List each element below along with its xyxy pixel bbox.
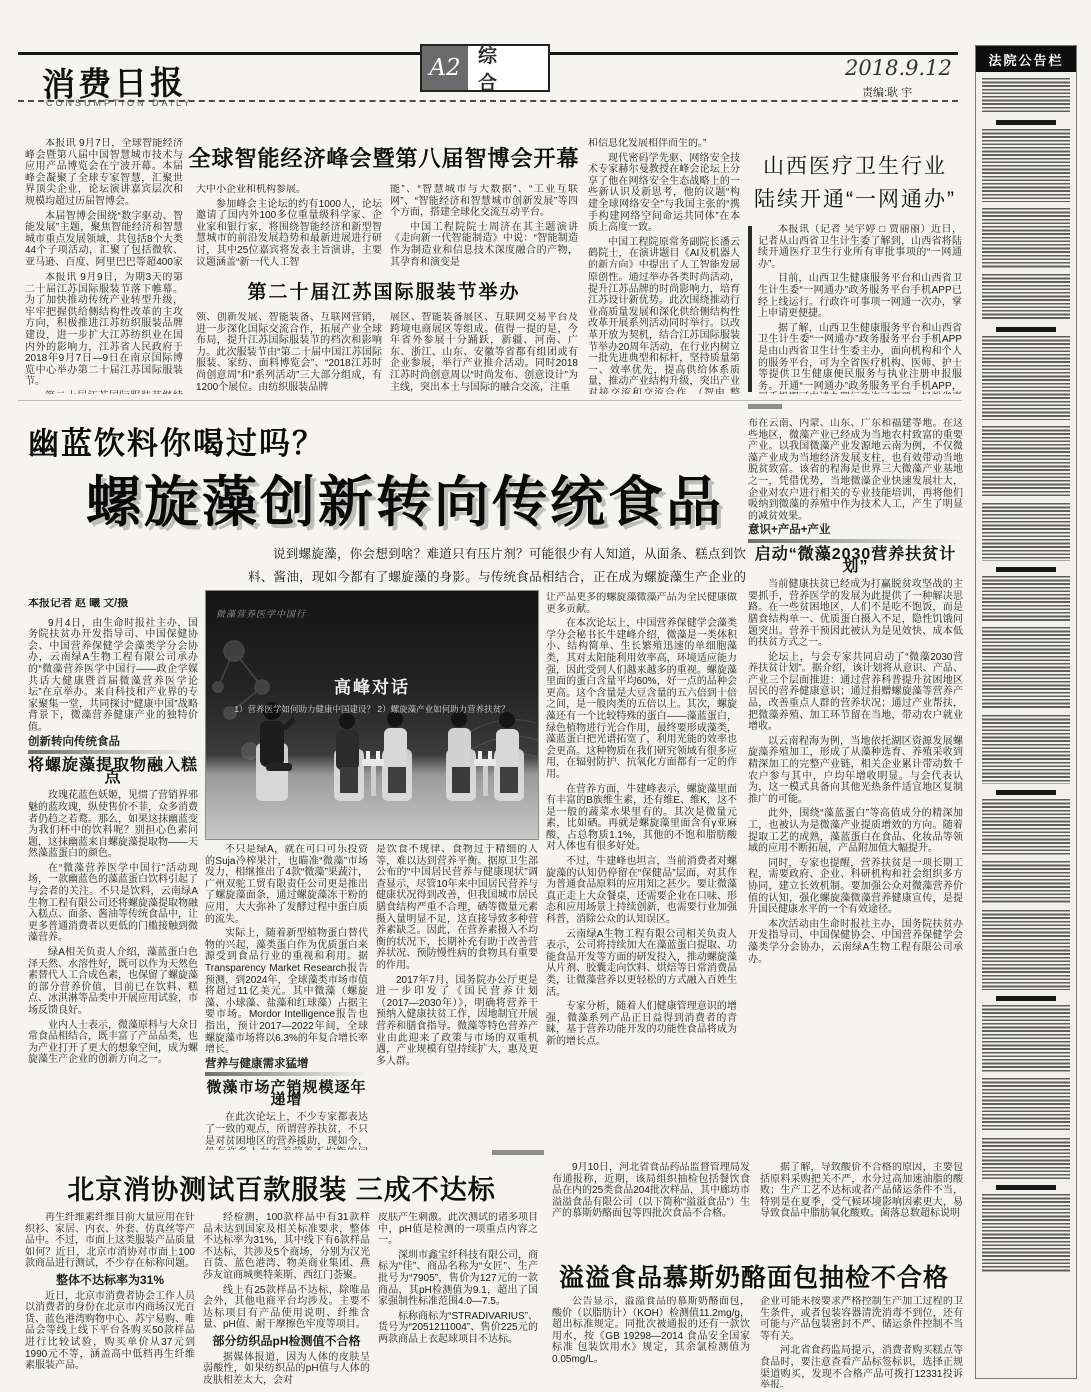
paragraph: 河北省食药监局提示，消费者购买糕点等食品时，要注意查看产品标签标识，选择正规渠道… [760,1345,963,1388]
feature-colB2: 在此次论坛上，不少专家都表达了一致的观点，所谓营养扶贫，不只是对贫困地区的营养援… [205,1112,368,1150]
notice-paragraph [982,576,1070,621]
section-divider-rule [18,400,962,401]
notice-paragraph [982,78,1070,114]
story2-col2: 领、创新发展、智能装备、互联网营销，进一步深化国际交流合作，拓展产业全球布局，提… [196,312,382,394]
paragraph: 据媒体报道，因为人体的皮肤呈弱酸性，如果纺织品的pH值与人体的皮肤相差太大，会对 [203,1352,370,1387]
paragraph: 现代密码学先驱、网络安全技术专家赫尔曼教授在峰会论坛上分享了他在网络安全生态战略… [588,153,740,234]
feature-colF1: 布在云南、内蒙、山东、广东和福建等地。在这些地区，微藻产业已经成为当地农村致富的… [748,418,963,522]
subheadB-bar [205,1072,368,1076]
story3-headline-line2: 陆续开通“一网通办” [748,183,962,216]
notice-heading [996,996,1056,1001]
feature-colA: 本报记者 赵 曦 文/摄 9月4日，由生命时报社主办，国务院扶贫办开发指导司、中… [28,598,198,1150]
photo-illustration [206,591,538,839]
notice-paragraph [982,129,1070,202]
paragraph: 原创性。通过举办各类时尚活动，提升江苏品牌的时尚影响力，培育江苏设计新优势。此次… [588,272,740,394]
paragraph: 本届智博会围绕“数字驱动、智能发展”主题，聚焦智能经济和智慧城市重点发展领域，共… [25,211,183,266]
story3-headline-line1: 山西医疗卫生行业 [748,150,962,183]
paragraph: 展区、智能装备展区、互联网交易平台及跨境电商展区等组成。值得一提的是，今年省外参… [390,312,578,393]
feature-byline: 本报记者 赵 曦 文/摄 [28,598,198,610]
notice-paragraph [982,1194,1070,1272]
feature-colF: 布在云南、内蒙、山东、广东和福建等地。在这些地区，微藻产业已经成为当地农村致富的… [748,418,963,1150]
notice-heading [996,120,1056,125]
paragraph: 本报讯（记者 吴宇婷 □ 贾丽丽）近日，记者从山西省卫生计生委了解到，山西省将陆… [758,224,962,270]
paragraph: 深圳市鑫宝纤科技有限公司，商标为“佳”、商品名称为“女匠”、生产批号为“7905… [378,1250,538,1308]
subheadF-big: 启动“微藻2030营养扶贫计划” [748,549,963,572]
bottomright-intro1: 9月10日，河北省食品药品监督管理局发布通报称，近期，该局组织抽检包括餐饮食品在… [552,1162,750,1254]
story1-col4: 和信息化发展相伴而生的。”现代密码学先驱、网络安全技术专家赫尔曼教授在峰会论坛上… [588,138,740,268]
paragraph: 在本次论坛上，中国营养保健学会藻类学分会秘书长牛建峰介绍，微藻是一类体积小、结构… [546,618,737,780]
story2-col1: 本报讯 9月9日，为期3天的第二十届江苏国际服装节落下帷幕。为了加快推动传统产业… [25,272,183,394]
paragraph: 再生纤维素纤维目前大量应用在针织衫、家居、内衣、外套、仿真丝等产品中。不过，市面… [25,1212,195,1270]
notice-paragraph [982,274,1070,321]
paragraph: 本次活动由生命时报社主办，国务院扶贫办开发指导司、中国保健协会、中国营养保健学会… [748,919,963,965]
paragraph: 公告显示，溢溢食品的慕斯奶酪面包，酸价（以脂肪计）（KOH）检测值11.2mg/… [552,1296,750,1366]
feature-colE: 让产品更多的螺旋藻微藻产品为全民健康做更多贡献。在本次论坛上，中国营养保健学会藻… [546,592,737,1150]
court-board-title: 法院公告栏 [976,46,1076,72]
paragraph: 中国工程院原常务副院长潘云鹤院士，在演讲题目《AI及机器人的新方向》中提出了人工… [588,237,740,268]
bottomright-body2: 企业可能未按要求严格控制生产加工过程的卫生条件，或者包装容器清洗消毒不到位，还有… [760,1296,963,1388]
bottomleft-col1a: 再生纤维素纤维目前大量应用在针织衫、家居、内衣、外套、仿真丝等产品中。不过，市面… [25,1212,195,1270]
paragraph: 同时，专家也提醒，营养扶贫是一项长期工程，需要政府、企业、科研机构和社会组织多方… [748,858,963,916]
paragraph: 绿A相关负责人介绍，藻蓝蛋白色泽天然、水溶性好，既可以作为天然色素替代人工合成色… [28,947,198,1017]
paragraph: 企业可能未按要求严格控制生产加工过程的卫生条件，或者包装容器清洗消毒不到位，还有… [760,1296,963,1342]
subheadB-small: 营养与健康需求猛增 [205,1059,368,1071]
paragraph: 标称商标为“STRADIVARIUS”、货号为“2051211004”、售价22… [378,1311,538,1346]
notice-paragraph [982,208,1070,268]
header-dashed-rule [18,100,958,102]
bottomleft-col2: 经检测，100款样品中有31款样品未达到国家及相关标准要求，整体不达标率为31%… [203,1212,370,1388]
paragraph: 业内人士表示，微藻原料与大众日常食品相结合，既丰富了产品品类，也为产业打开了更大… [28,1020,198,1066]
subheadA-bar [28,750,198,754]
paragraph: 在“微藻营养医学中国行”活动现场，一款幽蓝色的藻蓝蛋白饮料引起了与会者的关注。不… [28,863,198,944]
section-name: 综 合 [468,46,548,90]
story1-col1: 本报讯 9月7日，全球智能经济峰会暨第八届中国智慧城市技术与应用产品博览会在宁波… [25,138,183,266]
story2-col3: 展区、智能装备展区、互联网交易平台及跨境电商展区等组成。值得一提的是，今年省外参… [390,312,578,394]
paragraph: 云南绿A生物工程有限公司相关负责人表示，公司将持续加大在藻蓝蛋白提取、功能食品开… [546,929,737,999]
paragraph: 据了解，山西卫生健康服务平台和山西省卫生计生委“一网通办”政务服务平台手机APP… [758,323,962,394]
story3-accent-bar [748,226,752,392]
paragraph: 2017年7月，国务院办公厅更是进一步印发了《国民营养计划（2017—2030年… [376,975,538,1068]
bottomleft-col3: 皮肤产生刺激。此次测试的诸多项目中，pH值是检测的一项重点内容之一。深圳市鑫宝纤… [378,1212,538,1388]
story3-headline: 山西医疗卫生行业 陆续开通“一网通办” [748,150,962,216]
notice-paragraph [982,503,1070,561]
notice-paragraph [982,627,1070,709]
paragraph: 论坛上，与会专家共同启动了“微藻2030营养扶贫计划”。据介绍，该计划将从意识、… [748,652,963,733]
bottomleft-col2b: 据媒体报道，因为人体的皮肤呈弱酸性，如果纺织品的pH值与人体的皮肤相差太大，会对 [203,1352,370,1387]
paragraph: 领、创新发展、智能装备、互联网营销，进一步深化国际交流合作，拓展产业全球布局，提… [196,312,382,393]
bottom-divider-bar [492,1150,544,1155]
court-board: 法院公告栏 [975,45,1077,1379]
paragraph: 在营养方面，牛建峰表示，螺旋藻里面有丰富的B族维生素，还有维E、维K，这不是一般… [546,784,737,854]
notice-paragraph [982,861,1070,904]
paragraph: 近日，北京市消费者协会工作人员以消费者的身份在北京市内商场汉光百货、蓝色港湾购物… [25,1291,195,1372]
notice-heading [996,1185,1056,1190]
paragraph: 能”、“智慧城市与大数据”、“工业互联网”、“智能经济和智慧城市创新发展”等四个… [390,184,578,219]
notice-paragraph [982,1078,1070,1132]
paragraph: 线上有25款样品不达标，除唯品会外，其他电商平台均涉及。主要不达标项目有产品使用… [203,1285,370,1331]
paragraph: 不只是绿A，就在可口可乐投资的Suja冷榨果汁，也瞄准“微藻”市场发力，相继推出… [205,844,368,925]
paragraph: 玫瑰花蓝色妖姬，见惯了营销界邪魅的蓝玫瑰，纵使售价不菲，众多消费者仍趋之若鹜。那… [28,790,198,860]
bottomleft-col1b: 近日，北京市消费者协会工作人员以消费者的身份在北京市内商场汉光百货、蓝色港湾购物… [25,1291,195,1372]
notice-paragraph [982,715,1070,784]
paragraph: 实际上，随着新型植物蛋白替代物的兴起，藻类蛋白作为优质蛋白来源受到食品行业的重视… [205,928,368,1056]
paragraph: 让产品更多的螺旋藻微藻产品为全民健康做更多贡献。 [546,592,737,615]
paragraph: 专家分析，随着人们健康管理意识的增强，微藻系列产品正日益得到消费者的青睐，基于营… [546,1001,737,1047]
paragraph: 9月10日，河北省食品药品监督管理局发布通报称，近期，该局组织抽检包括餐饮食品在… [552,1162,750,1220]
photo-slide-questions: 1）营养医学如何助力健康中国建设？ 2）螺旋藻产业如何助力营养扶贫？ [206,703,538,715]
subheadF-small: 意识+产品+产业 [748,525,963,537]
notice-heading [996,327,1056,332]
paragraph: 据了解，导致酸价不合格的原因，主要包括原料采购把关不严，水分过高加速油脂的酸败；… [760,1162,963,1220]
bottomright-intro2: 据了解，导致酸价不合格的原因，主要包括原料采购把关不严，水分过高加速油脂的酸败；… [760,1162,963,1254]
story1-col3: 能”、“智慧城市与大数据”、“工业互联网”、“智能经济和智慧城市创新发展”等四个… [390,184,578,268]
bottomright-headline: 溢溢食品慕斯奶酪面包抽检不合格 [545,1258,963,1294]
notice-paragraph [982,910,1070,990]
bottomleft-subhead2: 部分纺织品pH检测值不合格 [203,1336,370,1348]
notice-paragraph [982,336,1070,420]
photo-event-logo: 微藻营养医学中国行 [216,607,306,620]
paragraph: 9月4日，由生命时报社主办，国务院扶贫办开发指导司、中国保健协会、中国营养保健学… [28,618,198,734]
paragraph: 此外，围绕“藻蓝蛋白”等高值成分的精深加工，也被认为是微藻产业提质增效的方向。随… [748,808,963,854]
bottomright-body1: 公告显示，溢溢食品的慕斯奶酪面包，酸价（以脂肪计）（KOH）检测值11.2mg/… [552,1296,750,1388]
paragraph: 以云南程海为例，当地依托湖区资源发展螺旋藻养殖加工，形成了从藻种选育、养殖采收到… [748,736,963,806]
feature-subheadF: 意识+产品+产业 启动“微藻2030营养扶贫计划” [748,525,963,572]
court-board-body [976,72,1076,1284]
bottomleft-col1: 再生纤维素纤维目前大量应用在针织衫、家居、内衣、外套、仿真丝等产品中。不过，市面… [25,1212,195,1388]
bottomleft-subhead1: 整体不达标率为31% [25,1275,195,1287]
subheadF-bar [748,539,963,543]
subheadA-big: 将螺旋藻提取物融入糕点 [28,760,198,783]
paragraph: 中国工程院院士周济在其主题演讲《走向新一代智能制造》中说：“智能制造作为制造业和… [390,222,578,268]
feature-colB: 不只是绿A，就在可口可乐投资的Suja冷榨果汁，也瞄准“微藻”市场发力，相继推出… [205,844,368,1150]
paragraph: 皮肤产生刺激。此次测试的诸多项目中，pH值是检测的一项重点内容之一。 [378,1212,538,1247]
feature-colB1: 不只是绿A，就在可口可乐投资的Suja冷榨果汁，也瞄准“微藻”市场发力，相继推出… [205,844,368,1056]
paragraph: 参加峰会主论坛的约有1000人，论坛邀请了国内外100多位重量级科学家、企业家和… [196,199,382,268]
photo-slide-title: 高峰对话 [206,673,538,698]
paragraph: 目前，山西卫生健康服务平台和山西省卫生计生委“一网通办”政务服务平台手机APP已… [758,273,962,319]
notice-paragraph [982,1138,1070,1179]
bottomleft-col2a: 经检测，100款样品中有31款样品未达到国家及相关标准要求，整体不达标率为31%… [203,1212,370,1331]
panel-discussion-photo: 微藻营养医学中国行 高峰对话 1）营养医学如何助力健康中国建设？ 2）螺旋藻产业… [205,590,539,840]
paragraph: 和信息化发展相伴而生的。” [588,138,740,150]
feature-colA2: 玫瑰花蓝色妖姬，见惯了营销界邪魅的蓝玫瑰，纵使售价不菲，众多消费者仍趋之若鹜。那… [28,790,198,1066]
issue-date: 2018.9.12 [845,56,952,80]
notice-heading [996,567,1056,572]
feature-colC: 是饮食不规律、食物过于精细的人等，难以达到营养平衡。据原卫生部公布的“中国居民营… [376,844,538,1150]
bottomleft-headline: 北京消协测试百款服装 三成不达标 [25,1168,538,1207]
paragraph: 布在云南、内蒙、山东、广东和福建等地。在这些地区，微藻产业已经成为当地农村致富的… [748,418,963,522]
notice-heading [996,790,1056,795]
newspaper-page: 消费日报 CONSUMPTION DAILY A2 综 合 2018.9.12 … [0,0,1091,1392]
notice-paragraph [982,799,1070,855]
paragraph: 当前健康扶贫已经成为打赢脱贫攻坚战的主要抓手，营养医学的发展为此提供了一种解决思… [748,579,963,649]
paragraph: 大中小企业和机构参展。 [196,184,382,196]
feature-headline: 螺旋藻创新转向传统食品 [55,458,755,537]
page-number: A2 [422,46,468,90]
editor-credit: 责编:耿 宇 [862,84,912,100]
notice-paragraph [982,1005,1070,1072]
subheadB-big: 微藻市场产销规模逐年递增 [205,1082,368,1105]
feature-colF2: 当前健康扶贫已经成为打赢脱贫攻坚战的主要抓手，营养医学的发展为此提供了一种解决思… [748,579,963,965]
notice-paragraph [982,426,1070,497]
story1-col2: 大中小企业和机构参展。参加峰会主论坛的约有1000人，论坛邀请了国内外100多位… [196,184,382,268]
feature-colA1: 9月4日，由生命时报社主办，国务院扶贫办开发指导司、中国保健协会、中国营养保健学… [28,618,198,734]
story2-col4: 原创性。通过举办各类时尚活动，提升江苏品牌的时尚影响力，培育江苏设计新优势。此次… [588,272,740,394]
paragraph: 本报讯 9月9日，为期3天的第二十届江苏国际服装节落下帷幕。为了加快推动传统产业… [25,272,183,388]
paragraph: 不过，牛建峰也坦言，当前消费者对螺旋藻的认知仍停留在“保健品”层面，对其作为普通… [546,856,737,926]
feature-kicker: 幽蓝饮料你喝过吗？ [28,418,325,463]
paragraph: 经检测，100款样品中有31款样品未达到国家及相关标准要求，整体不达标率为31%… [203,1212,370,1282]
story3-body: 本报讯（记者 吴宇婷 □ 贾丽丽）近日，记者从山西省卫生计生委了解到，山西省将陆… [758,224,962,394]
paragraph: 是饮食不规律、食物过于精细的人等，难以达到营养平衡。据原卫生部公布的“中国居民营… [376,844,538,972]
page-number-box: A2 综 合 [420,44,550,92]
story1-headline: 全球智能经济峰会暨第八届智博会开幕 [188,142,580,173]
feature-subheadA: 创新转向传统食品 将螺旋藻提取物融入糕点 [28,737,198,784]
feature-subheadB: 营养与健康需求猛增 微藻市场产销规模逐年递增 [205,1059,368,1106]
subheadA-small: 创新转向传统食品 [28,737,198,749]
story2-headline: 第二十届江苏国际服装节举办 [188,277,580,304]
paragraph: 本报讯 9月7日，全球智能经济峰会暨第八届中国智慧城市技术与应用产品博览会在宁波… [25,138,183,208]
paragraph: 第二十届江苏国际服装节继续深化“品牌江苏·时尚江苏”主题，突出自主品牌、时尚引 [25,391,183,394]
paragraph: 在此次论坛上，不少专家都表达了一致的观点，所谓营养扶贫，不只是对贫困地区的营养援… [205,1112,368,1150]
article-end-bar [748,404,782,409]
